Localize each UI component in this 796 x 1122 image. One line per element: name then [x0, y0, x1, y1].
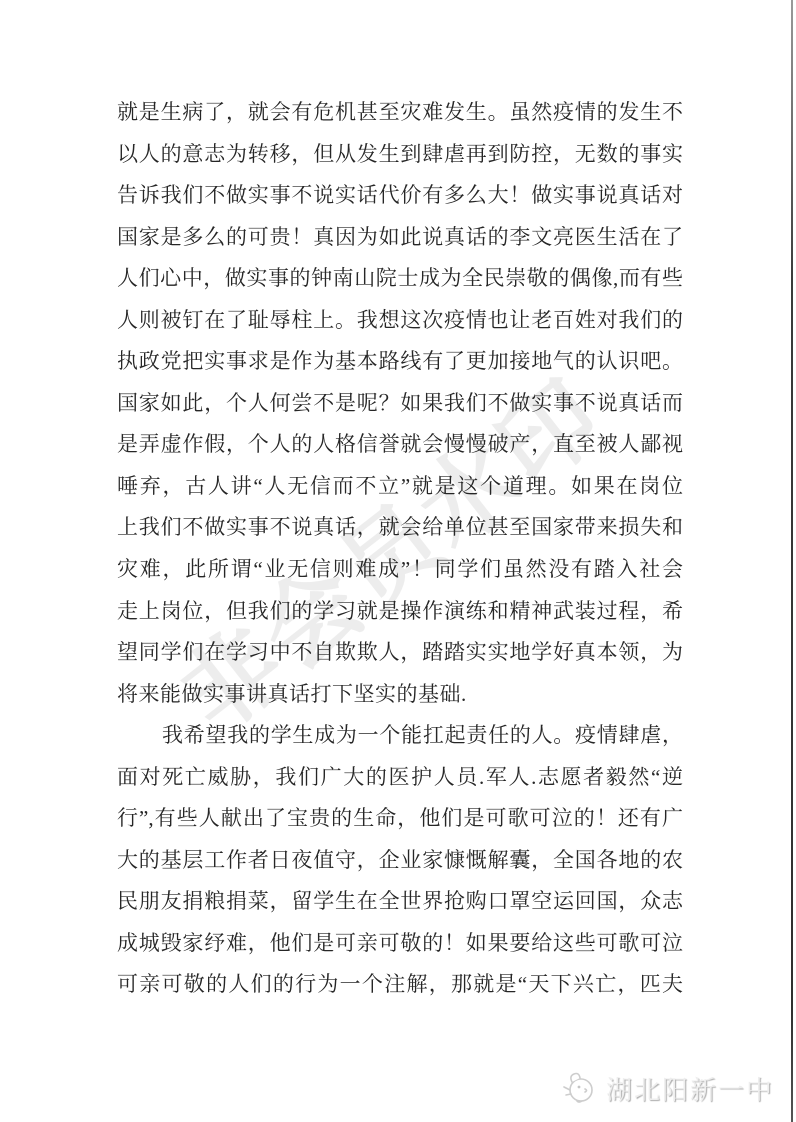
- text-line: 人则被钉在了耻辱柱上。我想这次疫情也让老百姓对我们的: [117, 300, 683, 342]
- text-line: 灾难，此所谓“业无信则难成”！同学们虽然没有踏入社会: [117, 549, 683, 591]
- text-line: 行”,有些人献出了宝贵的生命，他们是可歌可泣的！还有广: [117, 798, 683, 840]
- document-lines: 就是生病了，就会有危机甚至灾难发生。虽然疫情的发生不以人的意志为转移，但从发生到…: [117, 92, 683, 1006]
- text-line: 面对死亡威胁，我们广大的医护人员.军人.志愿者毅然“逆: [117, 757, 683, 799]
- text-line: 我希望我的学生成为一个能扛起责任的人。疫情肆虐，: [117, 715, 683, 757]
- text-line: 国家是多么的可贵！真因为如此说真话的李文亮医生活在了: [117, 217, 683, 259]
- mascot-logo-icon: [559, 1068, 599, 1108]
- text-line: 望同学们在学习中不自欺欺人，踏踏实实地学好真本领，为: [117, 632, 683, 674]
- text-line: 将来能做实事讲真话打下坚实的基础.: [117, 674, 683, 716]
- text-line: 上我们不做实事不说真话，就会给单位甚至国家带来损失和: [117, 507, 683, 549]
- text-line: 人们心中，做实事的钟南山院士成为全民崇敬的偶像,而有些: [117, 258, 683, 300]
- text-line: 大的基层工作者日夜值守，企业家慷慨解囊，全国各地的农: [117, 840, 683, 882]
- text-line: 以人的意志为转移，但从发生到肆虐再到防控，无数的事实: [117, 134, 683, 176]
- text-line: 民朋友捐粮捐菜，留学生在全世界抢购口罩空运回国，众志: [117, 881, 683, 923]
- text-line: 可亲可敬的人们的行为一个注解，那就是“天下兴亡，匹夫: [117, 964, 683, 1006]
- text-line: 告诉我们不做实事不说实话代价有多么大！做实事说真话对: [117, 175, 683, 217]
- text-line: 唾弃，古人讲“人无信而不立”就是这个道理。如果在岗位: [117, 466, 683, 508]
- footer-branding: 湖北阳新一中: [559, 1066, 774, 1110]
- text-line: 就是生病了，就会有危机甚至灾难发生。虽然疫情的发生不: [117, 92, 683, 134]
- text-line: 是弄虚作假，个人的人格信誉就会慢慢破产，直至被人鄙视: [117, 424, 683, 466]
- page-edge-line: [791, 0, 793, 1122]
- footer-label: 湖北阳新一中: [606, 1070, 774, 1107]
- text-line: 国家如此，个人何尝不是呢？如果我们不做实事不说真话而: [117, 383, 683, 425]
- text-line: 走上岗位，但我们的学习就是操作演练和精神武装过程，希: [117, 591, 683, 633]
- text-line: 执政党把实事求是作为基本路线有了更加接地气的认识吧。: [117, 341, 683, 383]
- document-page: 非会员水印 就是生病了，就会有危机甚至灾难发生。虽然疫情的发生不以人的意志为转移…: [0, 0, 796, 1122]
- text-line: 成城毁家纾难，他们是可亲可敬的！如果要给这些可歌可泣: [117, 923, 683, 965]
